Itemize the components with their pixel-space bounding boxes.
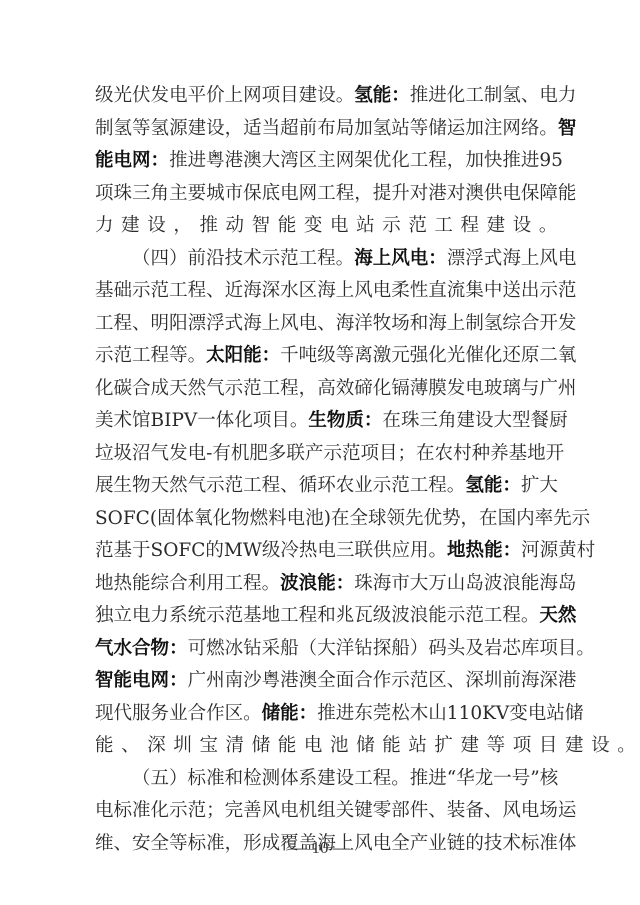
text-run: 工	[354, 763, 373, 796]
text-run: 热	[114, 568, 133, 601]
text-run: 能	[382, 730, 408, 763]
text-run: 进	[521, 145, 540, 178]
text-run: 化	[428, 340, 447, 373]
bold-keyword: ：	[428, 243, 447, 276]
text-run: 组	[317, 795, 336, 828]
text-run: 气	[206, 373, 225, 406]
text-run: 底	[262, 178, 281, 211]
text-run: 瓦	[354, 600, 373, 633]
text-run: 合	[188, 698, 207, 731]
text-run: )	[324, 503, 331, 536]
text-run: 激	[373, 340, 392, 373]
text-run: 深	[539, 665, 558, 698]
text-run: 和	[225, 763, 244, 796]
text-run: 要	[188, 178, 207, 211]
text-run: 氢	[114, 113, 133, 146]
text-run: 工	[410, 145, 429, 178]
text-run: 。	[336, 80, 355, 113]
text-run: 吨	[299, 340, 318, 373]
text-run: 馆	[132, 405, 151, 438]
text-run: 力	[151, 600, 170, 633]
text-run: 号	[512, 763, 531, 796]
text-run: 一	[493, 763, 512, 796]
text-run: 业	[169, 698, 188, 731]
text-run: 物	[231, 503, 250, 536]
text-line: 地热能综合利用工程。波浪能：珠海市大万山岛波浪能海岛	[95, 568, 547, 601]
text-run: 洋	[354, 308, 373, 341]
text-run: 范	[243, 373, 262, 406]
text-run: 前	[299, 113, 318, 146]
bold-keyword: 网	[151, 665, 170, 698]
text-run: 大	[410, 568, 429, 601]
text-line: 智能电网：广州南沙粤港澳全面合作示范区、深圳前海深港	[95, 665, 547, 698]
text-line: 级光伏发电平价上网项目建设。氢能：推进化工制氢、电力	[95, 80, 547, 113]
text-run: 等	[132, 113, 151, 146]
text-run: ”	[530, 763, 539, 796]
text-run: 池	[305, 503, 324, 536]
text-run: 龙	[475, 763, 494, 796]
text-run: ，	[354, 178, 373, 211]
text-run: 项	[539, 633, 558, 666]
text-run: 电	[280, 795, 299, 828]
text-run: 采	[262, 633, 281, 666]
text-run: 项	[513, 730, 539, 763]
text-run: 电	[95, 795, 114, 828]
text-run: 前	[188, 243, 207, 276]
text-run: 合	[132, 373, 151, 406]
text-run: 肥	[249, 438, 268, 471]
text-run: 工	[243, 470, 262, 503]
text-run: 网	[502, 113, 521, 146]
text-run: 价	[206, 80, 225, 113]
text-run: 深	[147, 730, 173, 763]
text-run: 直	[428, 275, 447, 308]
text-run: 木	[410, 698, 429, 731]
text-run: 港	[428, 178, 447, 211]
text-run: 珠	[401, 405, 420, 438]
text-run: ，	[299, 373, 318, 406]
text-run: 示	[382, 210, 408, 243]
text-run: 效	[336, 373, 355, 406]
text-run: 局	[336, 113, 355, 146]
bold-keyword: ：	[151, 145, 170, 178]
text-run: 海	[521, 665, 540, 698]
text-run: 键	[354, 795, 373, 828]
text-run: 广	[539, 373, 558, 406]
text-run: 海	[373, 568, 392, 601]
text-run: 运	[447, 113, 466, 146]
text-run: 率	[535, 503, 554, 536]
text-run: 利	[188, 568, 207, 601]
text-run: 氢	[502, 80, 521, 113]
text-run: 建	[461, 730, 487, 763]
text-run: 珠	[354, 568, 373, 601]
text-run: 漂	[188, 308, 207, 341]
bold-keyword: ：	[364, 405, 383, 438]
text-run: 工	[132, 340, 151, 373]
text-run: 储	[252, 730, 278, 763]
text-run: 库	[521, 633, 540, 666]
text-run: 能	[521, 568, 540, 601]
text-run: 运	[558, 795, 577, 828]
text-run: 波	[391, 600, 410, 633]
text-run: 对	[410, 178, 429, 211]
text-run: 热	[299, 535, 318, 568]
text-run: 制	[484, 80, 503, 113]
text-run: 95	[539, 145, 563, 178]
text-run: 兆	[336, 600, 355, 633]
text-run: 集	[465, 275, 484, 308]
text-line: （五）标准和检测体系建设工程。推进“华龙一号”核	[95, 763, 547, 796]
text-run: 州	[206, 665, 225, 698]
text-run: 储	[565, 698, 584, 731]
text-run: 粤	[206, 145, 225, 178]
text-run: 程	[461, 210, 487, 243]
text-run: 供	[373, 535, 392, 568]
text-run: 合	[169, 568, 188, 601]
text-run: 站	[391, 113, 410, 146]
text-run: 准	[132, 795, 151, 828]
text-run: 制	[95, 113, 114, 146]
text-run: 推	[317, 698, 336, 731]
text-run: 示	[169, 795, 188, 828]
text-run: 、	[206, 275, 225, 308]
text-run: 粤	[262, 665, 281, 698]
text-run: 示	[373, 470, 392, 503]
text-run: 发	[151, 80, 170, 113]
text-run: 务	[151, 698, 170, 731]
text-run: 市	[391, 568, 410, 601]
text-run: 薄	[410, 373, 429, 406]
bold-keyword: 浪	[299, 568, 318, 601]
text-run: 国	[498, 503, 517, 536]
text-run: 风	[539, 243, 558, 276]
text-run: 电	[304, 730, 330, 763]
text-run: 优	[373, 145, 392, 178]
text-run: 智	[252, 210, 278, 243]
text-run: BIPV	[151, 405, 198, 438]
text-run: 综	[151, 568, 170, 601]
text-run: 上	[336, 275, 355, 308]
text-run: 上	[262, 308, 281, 341]
text-run: 推	[169, 145, 188, 178]
text-run: 钻	[354, 633, 373, 666]
text-run: 。	[521, 600, 540, 633]
text-run: 海	[243, 308, 262, 341]
text-run: 海	[317, 275, 336, 308]
bold-keyword: 上	[373, 243, 392, 276]
text-run: 程	[114, 308, 133, 341]
text-run: 圳	[173, 730, 199, 763]
text-run: 电	[188, 438, 207, 471]
text-run: 化	[391, 145, 410, 178]
text-run: 示	[447, 600, 466, 633]
text-run: 阳	[169, 308, 188, 341]
text-run: 催	[465, 340, 484, 373]
text-run: 村	[453, 438, 472, 471]
text-run: 基	[243, 600, 262, 633]
text-run: 先	[405, 503, 424, 536]
text-line: SOFC(固体氧化物燃料电池)在全球领先优势，在国内率先示	[95, 503, 547, 536]
text-run: 工	[95, 308, 114, 341]
text-run: 型	[512, 405, 531, 438]
text-run: 建	[299, 80, 318, 113]
text-run: 工	[280, 600, 299, 633]
text-run: 海	[539, 568, 558, 601]
text-run: 体	[176, 503, 195, 536]
text-run: 设	[591, 730, 617, 763]
text-run: 能	[278, 730, 304, 763]
text-run: 站	[356, 210, 382, 243]
text-run: 目	[558, 633, 577, 666]
text-run: 浪	[410, 600, 429, 633]
text-run: 膜	[428, 373, 447, 406]
text-run: 范	[225, 470, 244, 503]
text-run: 离	[354, 340, 373, 373]
text-run: 气	[151, 438, 170, 471]
text-run: 电	[132, 600, 151, 633]
bold-keyword: 物	[327, 405, 346, 438]
text-run: 项	[360, 438, 379, 471]
text-run: 岩	[484, 633, 503, 666]
text-run: 场	[391, 308, 410, 341]
text-run: 化	[484, 340, 503, 373]
text-run: 和	[410, 308, 429, 341]
document-page: 级光伏发电平价上网项目建设。氢能：推进化工制氢、电力制氢等氢源建设，适当超前布局…	[0, 0, 640, 905]
bold-keyword: 质	[345, 405, 364, 438]
text-run: 圾	[114, 438, 133, 471]
text-run: 等	[169, 340, 188, 373]
text-run: 源	[169, 113, 188, 146]
text-run: 级	[262, 535, 281, 568]
text-run: 能	[558, 178, 577, 211]
text-run: 等	[336, 340, 355, 373]
text-run: 珠	[114, 178, 133, 211]
bold-keyword: 地	[447, 535, 466, 568]
text-run: 近	[225, 275, 244, 308]
text-run: 体	[216, 405, 235, 438]
text-run: 级	[95, 80, 114, 113]
text-run: 固	[157, 503, 176, 536]
text-run: 发	[169, 438, 188, 471]
text-run: 南	[225, 665, 244, 698]
text-run: 光	[114, 80, 133, 113]
text-run: 探	[373, 633, 392, 666]
bold-keyword: 电	[410, 243, 429, 276]
text-run: 机	[299, 795, 318, 828]
text-run: 池	[330, 730, 356, 763]
text-run: 程	[243, 568, 262, 601]
text-run: 城	[206, 178, 225, 211]
text-run: 设	[475, 405, 494, 438]
text-run: 沼	[132, 438, 151, 471]
text-run: 和	[317, 600, 336, 633]
text-run: 圳	[484, 665, 503, 698]
text-run: 力	[558, 80, 577, 113]
text-run: 物	[132, 470, 151, 503]
text-run: 建	[188, 113, 207, 146]
text-run: 建	[565, 730, 591, 763]
text-run: 。	[539, 210, 565, 243]
text-line: 垃圾沼气发电-有机肥多联产示范项目；在农村种养基地开	[95, 438, 547, 471]
text-run: 澳	[465, 178, 484, 211]
text-run: 能	[278, 210, 304, 243]
text-run: 开	[539, 308, 558, 341]
text-run: 推	[410, 763, 429, 796]
text-run: 服	[132, 698, 151, 731]
text-run: 中	[484, 275, 503, 308]
text-run: 项	[95, 178, 114, 211]
bold-keyword: 能	[484, 535, 503, 568]
text-run: 范	[95, 535, 114, 568]
text-run: 氧	[194, 503, 213, 536]
text-line: 项珠三角主要城市保底电网工程，提升对港对澳供电保障能	[95, 178, 547, 211]
text-run: 综	[502, 308, 521, 341]
text-run: 燃	[250, 503, 269, 536]
text-run: 镉	[391, 373, 410, 406]
text-run: 角	[438, 405, 457, 438]
text-line: 工程、明阳漂浮式海上风电、海洋牧场和海上制氢综合开发	[95, 308, 547, 341]
text-run: 系	[169, 600, 188, 633]
text-run: 浪	[502, 568, 521, 601]
text-run: ；	[398, 438, 417, 471]
bold-keyword: ：	[503, 535, 522, 568]
text-run: 合	[521, 308, 540, 341]
text-run: 项	[262, 80, 281, 113]
text-run: 110KV	[447, 698, 510, 731]
text-run: 示	[225, 373, 244, 406]
bold-keyword: 然	[558, 600, 577, 633]
text-run: 场	[539, 795, 558, 828]
text-run: 二	[539, 340, 558, 373]
text-run: 电	[539, 80, 558, 113]
text-line: （四）前沿技术示范工程。海上风电：漂浮式海上风电	[95, 243, 547, 276]
text-run: 主	[317, 145, 336, 178]
text-run: ）	[410, 633, 429, 666]
text-run: （	[299, 633, 318, 666]
text-run: 海	[502, 243, 521, 276]
bold-keyword: ：	[262, 340, 281, 373]
text-run: 船	[391, 633, 410, 666]
text-run: 然	[169, 470, 188, 503]
text-run: 络	[521, 113, 540, 146]
text-run: 目	[379, 438, 398, 471]
text-run: 漂	[447, 243, 466, 276]
text-run: 上	[521, 243, 540, 276]
text-run: 地	[262, 600, 281, 633]
text-run: 高	[317, 373, 336, 406]
text-run: 能	[95, 730, 121, 763]
text-run: 术	[243, 243, 262, 276]
text-run: 工	[484, 600, 503, 633]
text-run: ，	[225, 113, 244, 146]
text-run: 沙	[243, 665, 262, 698]
text-run: 领	[386, 503, 405, 536]
text-run: 、	[121, 730, 147, 763]
text-run: 示	[206, 470, 225, 503]
text-run: 氢	[151, 113, 170, 146]
text-run: （	[132, 763, 151, 796]
text-run: 开	[546, 438, 565, 471]
text-run: 产	[305, 438, 324, 471]
bold-keyword: ：	[169, 665, 188, 698]
text-run: 沿	[206, 243, 225, 276]
text-run: 性	[410, 275, 429, 308]
text-run: 澳	[243, 145, 262, 178]
bold-keyword: 物	[151, 633, 170, 666]
text-run: 波	[484, 568, 503, 601]
text-run: 级	[373, 600, 392, 633]
text-run: 范	[151, 275, 170, 308]
text-run: 优	[424, 503, 443, 536]
text-run: 备	[465, 795, 484, 828]
text-run: 程	[280, 373, 299, 406]
text-run: 洋	[336, 633, 355, 666]
text-run: 风	[502, 795, 521, 828]
text-run: 四	[151, 243, 170, 276]
text-run: 浮	[465, 243, 484, 276]
text-run: 。	[539, 113, 558, 146]
text-run: 进	[428, 763, 447, 796]
text-run: ，	[461, 503, 480, 536]
text-line: 电标准化示范；完善风电机组关键零部件、装备、风电场运	[95, 795, 547, 828]
text-run: 、	[447, 665, 466, 698]
bold-keyword: ：	[502, 470, 521, 503]
text-run: 超	[280, 113, 299, 146]
text-run: 储	[356, 730, 382, 763]
bold-keyword: 水	[114, 633, 133, 666]
text-run: 程	[262, 470, 281, 503]
text-run: 用	[206, 568, 225, 601]
text-run: 广	[188, 665, 207, 698]
text-run: 保	[243, 178, 262, 211]
text-run: 海	[336, 308, 355, 341]
text-run: 流	[447, 275, 466, 308]
text-run: 统	[188, 600, 207, 633]
text-run: 式	[484, 243, 503, 276]
text-run: 风	[280, 308, 299, 341]
text-run: 快	[484, 145, 503, 178]
text-run: 工	[434, 210, 460, 243]
text-run: 示	[95, 340, 114, 373]
text-run: 芯	[502, 633, 521, 666]
text-run: 区	[428, 665, 447, 698]
text-run: 大	[317, 633, 336, 666]
text-run: 网	[243, 80, 262, 113]
text-run: 范	[280, 243, 299, 276]
text-run: 工	[262, 373, 281, 406]
text-run: 村	[577, 535, 596, 568]
text-run: 设	[336, 763, 355, 796]
text-run: SOFC(	[95, 503, 157, 536]
text-run: 发	[558, 308, 577, 341]
text-run: 电	[330, 210, 356, 243]
text-line: 现代服务业合作区。储能：推进东莞松木山110KV变电站储	[95, 698, 547, 731]
text-run: 化	[151, 795, 170, 828]
text-run: 源	[540, 535, 559, 568]
text-run: 燃	[206, 633, 225, 666]
text-run: 目	[271, 405, 290, 438]
text-run: 海	[243, 275, 262, 308]
text-run: 。	[262, 568, 281, 601]
text-run: 联	[286, 438, 305, 471]
text-run: 山	[447, 568, 466, 601]
text-run: 。	[290, 405, 309, 438]
text-run: 网	[336, 145, 355, 178]
text-run: 示	[323, 438, 342, 471]
text-run: 范	[188, 795, 207, 828]
text-run: 电	[280, 178, 299, 211]
